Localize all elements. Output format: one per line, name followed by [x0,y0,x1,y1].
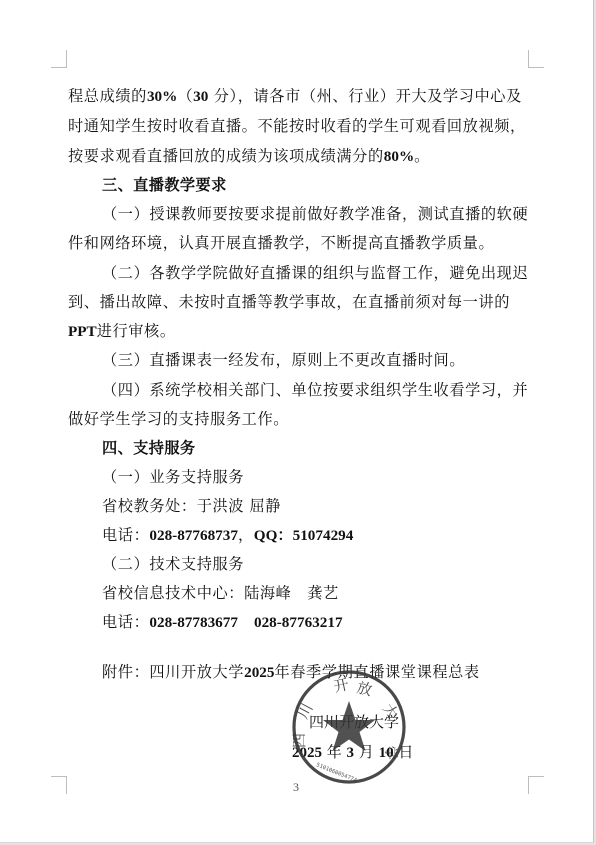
paragraph-line: 时通知学生按时收看直播。不能按时收看的学生可观看回放视频， [68,116,526,136]
paragraph-line: （三）直播课表一经发布，原则上不更改直播时间。 [102,350,465,370]
paragraph-line: 程总成绩的30%（30 分），请各市（州、行业）开大及学习中心及 [68,86,522,107]
text: PPT [68,323,97,340]
section-heading: 四、支持服务 [102,438,196,458]
text: （ [177,87,193,105]
crop-mark-bottom-left [51,776,67,794]
date-day: 10 [379,745,394,761]
contact-line: 省校信息技术中心：陆海峰 龚艺 [102,583,339,603]
phone-line: 电话：028-87768737，QQ：51074294 [102,525,353,546]
score-value: 30 [193,88,208,105]
contact-names: 于洪波 屈静 [197,497,281,515]
paragraph-line: 按要求观看直播回放的成绩为该项成绩满分的80%。 [68,146,430,167]
label: 省校信息技术中心： [102,584,244,602]
year: 2025 [244,664,274,681]
phone-number: 028-87768737 [149,527,238,544]
text: 年 [322,743,347,761]
qq-number: 51074294 [293,527,354,544]
percent-value: 80% [384,148,414,165]
paragraph-line: 件和网络环境，认真开展直播教学，不断提高直播教学质量。 [68,233,494,253]
sub-heading: （一）业务支持服务 [102,467,244,487]
text: 进行审核。 [97,322,176,340]
signature-org: 四川开放大学 [309,711,399,732]
paragraph-line: （四）系统学校相关部门、单位按要求组织学生收看学习，并 [102,380,528,400]
crop-mark-top-right [528,50,544,68]
svg-text:5101060054774: 5101060054774 [315,762,358,784]
page-number: 3 [293,780,299,795]
paragraph-line: 做好学生学习的支持服务工作。 [68,409,289,429]
attachment-line: 附件：四川开放大学2025年春季学期直播课堂课程总表 [102,662,480,683]
text: 月 [354,743,379,761]
sub-heading: （二）技术支持服务 [102,554,244,574]
paragraph-line: （二）各教学学院做好直播课的组织与监督工作，避免出现迟 [102,263,528,283]
text: 分），请各市（州、行业）开大及学习中心及 [208,87,522,105]
signature-date: 2025 年 3 月 10 日 [292,741,413,762]
document-page: 程总成绩的30%（30 分），请各市（州、行业）开大及学习中心及 时通知学生按时… [0,0,594,843]
date-month: 3 [347,745,355,761]
text: ， [238,526,254,544]
label: 电话： [102,613,149,631]
label: 附件： [102,663,149,681]
section-heading: 三、直播教学要求 [102,175,227,195]
paragraph-line: 到、播出故障、未按时直播等教学事故，在直播前须对每一讲的 [68,292,510,312]
percent-value: 30% [147,88,177,105]
text: 四川开放大学 [149,663,244,681]
label: 电话： [102,526,149,544]
crop-mark-bottom-right [528,776,544,794]
text: 程总成绩的 [68,87,147,105]
phone-number: 028-87783677 [149,614,238,631]
paragraph-line: PPT进行审核。 [68,321,176,342]
phone-line: 电话：028-87783677028-87763217 [102,612,343,633]
text: 日 [394,743,414,761]
text: 按要求观看直播回放的成绩为该项成绩满分的 [68,147,384,165]
text: 年春季学期直播课堂课程总表 [274,663,479,681]
contact-line: 省校教务处：于洪波 屈静 [102,496,281,516]
document-viewport[interactable]: 程总成绩的30%（30 分），请各市（州、行业）开大及学习中心及 时通知学生按时… [0,0,596,845]
phone-number: 028-87763217 [254,614,343,631]
text: 。 [414,147,430,165]
contact-names: 陆海峰 龚艺 [244,584,339,602]
date-year: 2025 [292,745,322,761]
crop-mark-top-left [51,50,67,68]
label: QQ： [254,527,293,544]
label: 省校教务处： [102,497,197,515]
paragraph-line: （一）授课教师要按要求提前做好教学准备，测试直播的软硬 [102,204,528,224]
